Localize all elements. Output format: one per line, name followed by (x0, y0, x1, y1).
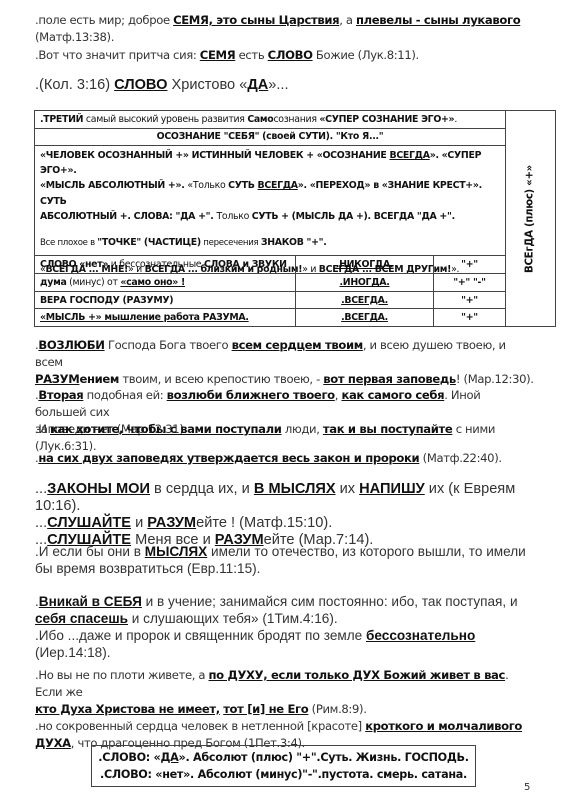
consciousness-table: .ТРЕТИЙ самый высокий уровень развития С… (34, 110, 556, 327)
paragraph-first-commandment: .ВОЗЛЮБИ Господа Бога твоего всем сердце… (35, 337, 535, 388)
emphasis: СЕМЯ, это сыны Царствия (173, 13, 339, 27)
paragraph-fatherland: .И если бы они в МЫСЛЯХ имели то отечест… (35, 543, 535, 577)
paragraph-look-into-self: .Вникай в СЕБЯ и в учение; занимайся сим… (35, 593, 535, 661)
table-row-third-level: .ТРЕТИЙ самый высокий уровень развития С… (35, 111, 505, 129)
paragraph-spirit: .Но вы не по плоти живете, а по ДУХУ, ес… (35, 667, 535, 752)
summary-line-yes: .СЛОВО: «ДА». Абсолют (плюс) "+".Суть. Ж… (92, 749, 475, 766)
table-row: дума (минус) от «само оно» ! .ИНОГДА. "+… (35, 274, 505, 292)
table-vertical-label-cell: ВСЕгДА (плюс) «+» (505, 111, 555, 326)
table-row: «МЫСЛЬ +» мышление работа РАЗУМА. .ВСЕГД… (35, 309, 505, 326)
table-row: СЛОВО «нет» и бессознательные СЛОВА и ЗВ… (35, 256, 505, 274)
table-row: ВЕРА ГОСПОДУ (РАЗУМУ) .ВСЕГДА. "+" (35, 292, 505, 309)
vertical-label: ВСЕгДА (плюс) «+» (525, 165, 536, 273)
summary-box: .СЛОВО: «ДА». Абсолют (плюс) "+".Суть. Ж… (91, 745, 476, 787)
table-row-self-awareness: ОСОЗНАНИЕ "СЕБЯ" (своей СУТИ). "Кто Я...… (35, 129, 505, 146)
paragraph-seed-field: .поле есть мир; доброе СЕМЯ, это сыны Ца… (35, 12, 535, 46)
emphasis: плевелы - сыны лукавого (356, 13, 520, 27)
paragraph-laws-in-thoughts: ...ЗАКОНЫ МОИ в сердца их, и В МЫСЛЯХ их… (35, 481, 535, 549)
table-row-description: «ЧЕЛОВЕК ОСОЗНАННЫЙ +» ИСТИННЫЙ ЧЕЛОВЕК … (35, 146, 505, 256)
paragraph-law-and-prophets: .на сих двух заповедях утверждается весь… (35, 450, 535, 467)
summary-line-no: .СЛОВО: «нет». Абсолют (минус)"-".пустот… (92, 766, 475, 783)
table-main-column: .ТРЕТИЙ самый высокий уровень развития С… (35, 111, 506, 326)
page-number: 5 (524, 782, 530, 793)
document-page: .поле есть мир; доброе СЕМЯ, это сыны Ца… (0, 0, 572, 809)
paragraph-parable: .Вот что значит притча сия: СЕМЯ есть СЛ… (35, 47, 535, 64)
paragraph-col-3-16: .(Кол. 3:16) СЛОВО Христово «ДА»... (35, 77, 535, 94)
